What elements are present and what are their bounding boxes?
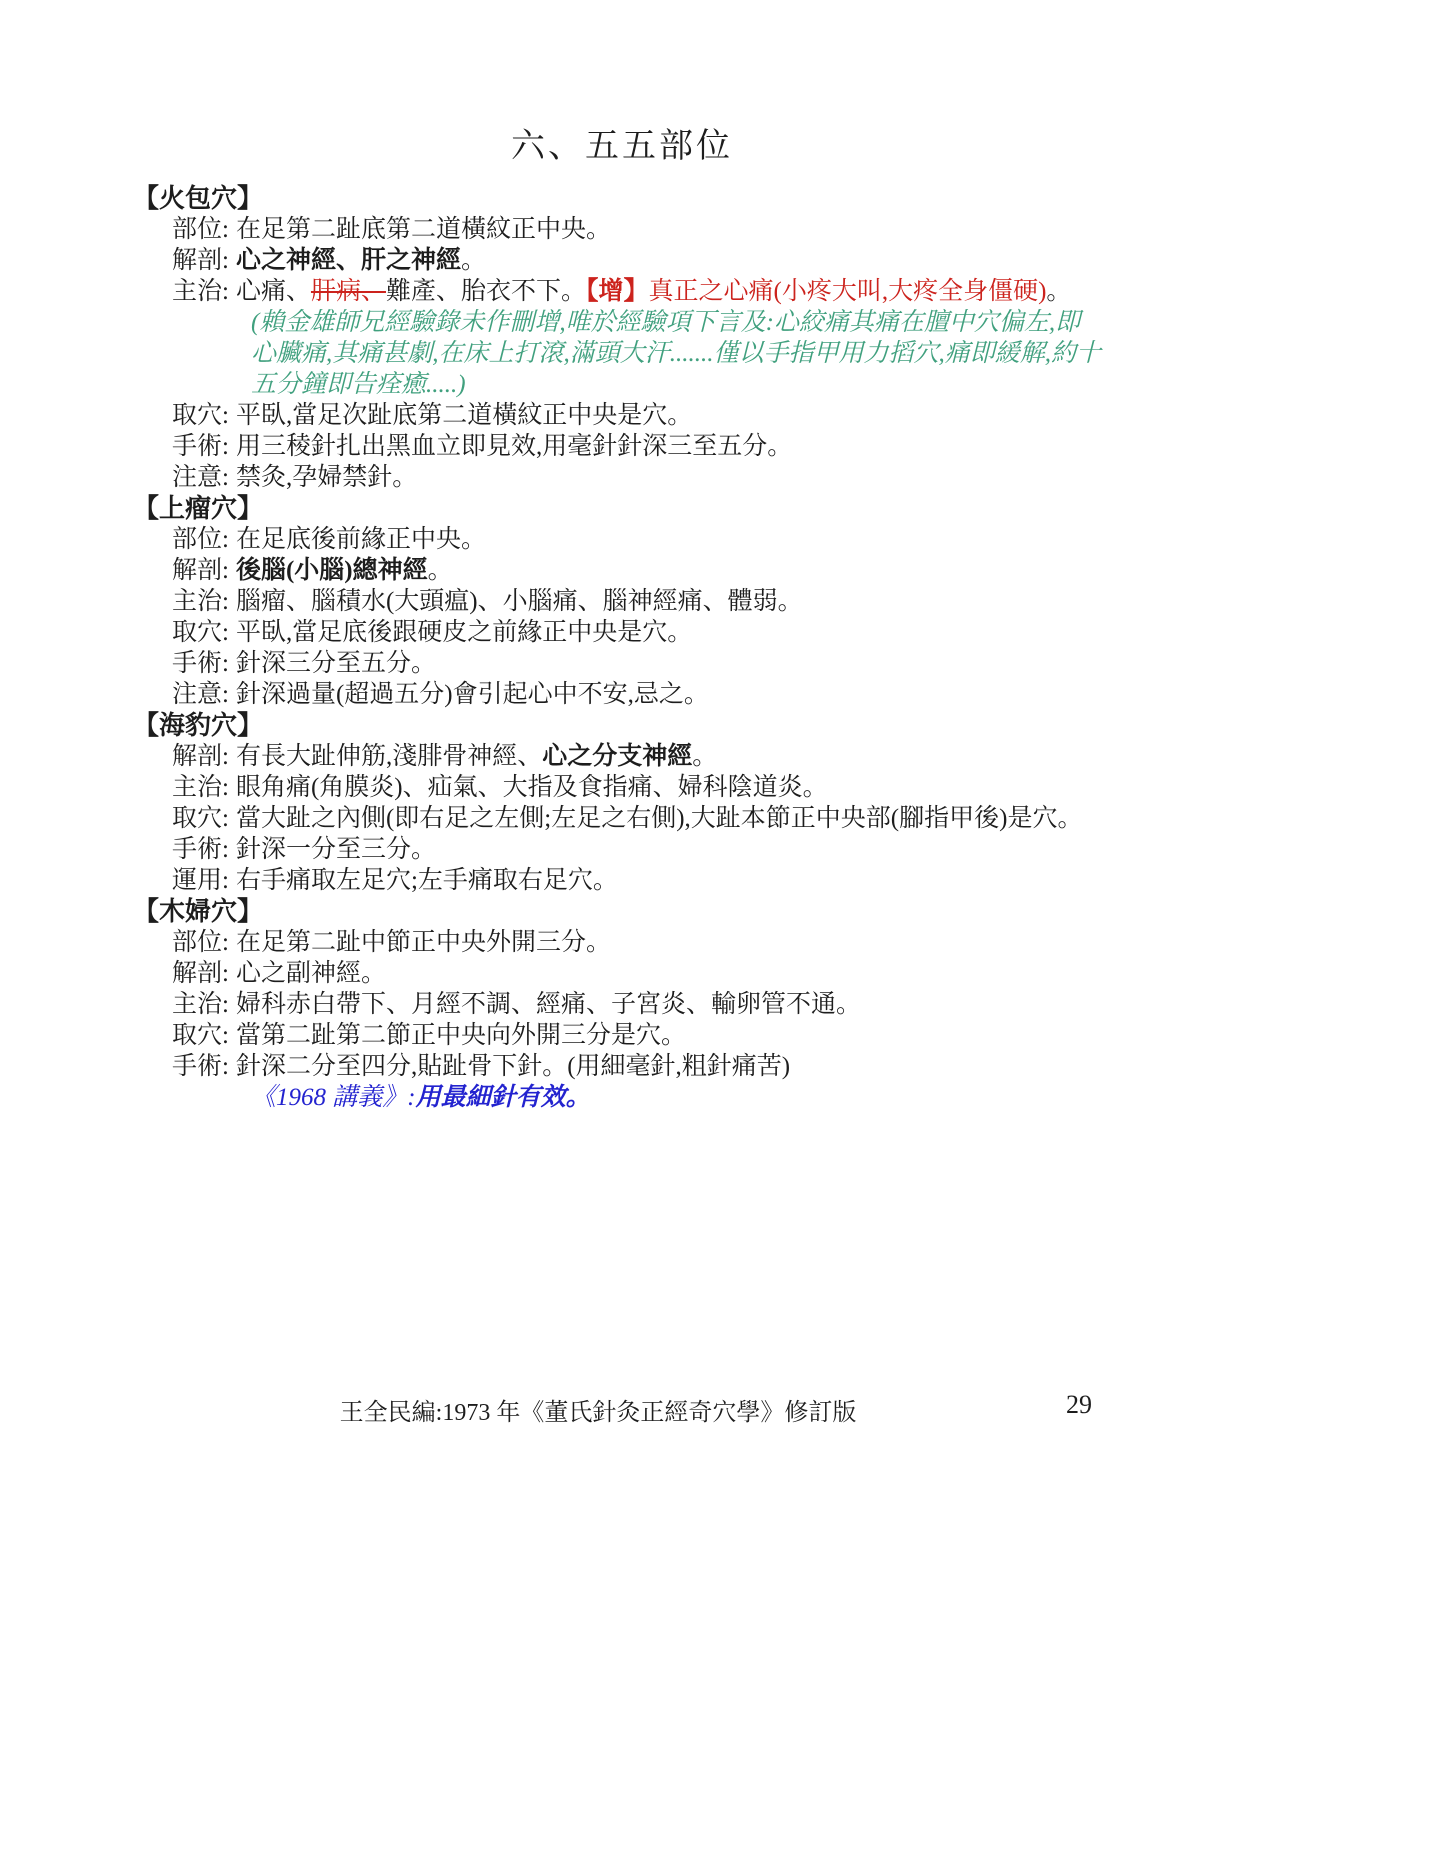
point-name: 【上瘤穴】: [133, 493, 1111, 524]
text-segment: 在足第二趾底第二道橫紋正中央。: [236, 216, 611, 243]
text-segment: 眼角痛(角膜炎)、疝氣、大指及食指痛、婦科陰道炎。: [236, 774, 828, 801]
field-label: 取穴:: [172, 1020, 229, 1051]
field-label: 解剖:: [172, 958, 229, 989]
field-row: 手術:針深三分至五分。: [133, 648, 1111, 679]
field-content: 平臥,當足底後跟硬皮之前緣正中央是穴。: [236, 617, 692, 648]
field-label: 部位:: [172, 214, 229, 245]
text-segment: 針深三分至五分。: [236, 650, 436, 677]
text-segment: 肝病、: [311, 278, 386, 305]
field-label: 手術:: [172, 834, 229, 865]
field-row: 取穴:平臥,當足底後跟硬皮之前緣正中央是穴。: [133, 617, 1111, 648]
field-row: 取穴:平臥,當足次趾底第二道橫紋正中央是穴。: [133, 400, 1111, 431]
text-segment: 平臥,當足次趾底第二道橫紋正中央是穴。: [236, 402, 692, 429]
text-segment: 針深過量(超過五分)會引起心中不安,忌之。: [236, 681, 709, 708]
field-content: 在足第二趾中節正中央外開三分。: [236, 927, 611, 958]
field-content: 當第二趾第二節正中央向外開三分是穴。: [236, 1020, 686, 1051]
field-row: 解剖:心之副神經。: [133, 958, 1111, 989]
text-segment: (賴金雄師兄經驗錄未作刪增,唯於經驗項下言及:心絞痛其痛在膻中穴偏左,即心臟痛,…: [251, 309, 1101, 398]
text-segment: 心之副神經。: [236, 960, 386, 987]
field-row: 解剖:有長大趾伸筋,淺腓骨神經、心之分支神經。: [133, 741, 1111, 772]
field-content: 禁灸,孕婦禁針。: [236, 462, 417, 493]
text-segment: 腦瘤、腦積水(大頭瘟)、小腦痛、腦神經痛、體弱。: [236, 588, 803, 615]
experience-note: (賴金雄師兄經驗錄未作刪增,唯於經驗項下言及:心絞痛其痛在膻中穴偏左,即心臟痛,…: [251, 307, 1101, 400]
text-segment: 用最細針有效。: [416, 1084, 591, 1111]
field-row: 部位:在足第二趾中節正中央外開三分。: [133, 927, 1111, 958]
field-label: 解剖:: [172, 245, 229, 276]
field-label: 運用:: [172, 865, 229, 896]
point-name: 【海豹穴】: [133, 710, 1111, 741]
field-row: 手術:用三稜針扎出黑血立即見效,用毫針針深三至五分。: [133, 431, 1111, 462]
document-page: 六、五五部位 【火包穴】部位:在足第二趾底第二道橫紋正中央。解剖:心之神經、肝之…: [133, 118, 1111, 1113]
lecture-note: 《1968 講義》:用最細針有效。: [251, 1082, 1101, 1113]
page-number: 29: [1066, 1390, 1092, 1420]
field-label: 部位:: [172, 524, 229, 555]
field-content: 用三稜針扎出黑血立即見效,用毫針針深三至五分。: [236, 431, 792, 462]
sections-container: 【火包穴】部位:在足第二趾底第二道橫紋正中央。解剖:心之神經、肝之神經。主治:心…: [133, 183, 1111, 1113]
text-segment: 用三稜針扎出黑血立即見效,用毫針針深三至五分。: [236, 433, 792, 460]
field-label: 注意:: [172, 462, 229, 493]
field-content: 眼角痛(角膜炎)、疝氣、大指及食指痛、婦科陰道炎。: [236, 772, 828, 803]
field-row: 取穴:當第二趾第二節正中央向外開三分是穴。: [133, 1020, 1111, 1051]
field-row: 注意:針深過量(超過五分)會引起心中不安,忌之。: [133, 679, 1111, 710]
field-row: 部位:在足第二趾底第二道橫紋正中央。: [133, 214, 1111, 245]
field-content: 在足底後前緣正中央。: [236, 524, 486, 555]
text-segment: 真正之心痛(小疼大叫,大疼全身僵硬): [649, 278, 1047, 305]
text-segment: 禁灸,孕婦禁針。: [236, 464, 417, 491]
field-label: 主治:: [172, 989, 229, 1020]
field-label: 解剖:: [172, 555, 229, 586]
field-row: 手術:針深一分至三分。: [133, 834, 1111, 865]
field-row: 主治:心痛、肝病、難產、胎衣不下。【增】真正之心痛(小疼大叫,大疼全身僵硬)。: [133, 276, 1111, 307]
field-content: 婦科赤白帶下、月經不調、經痛、子宮炎、輸卵管不通。: [236, 989, 861, 1020]
field-label: 手術:: [172, 1051, 229, 1082]
field-label: 注意:: [172, 679, 229, 710]
field-label: 取穴:: [172, 400, 229, 431]
field-content: 後腦(小腦)總神經。: [236, 555, 453, 586]
point-section: 【木婦穴】部位:在足第二趾中節正中央外開三分。解剖:心之副神經。主治:婦科赤白帶…: [133, 896, 1111, 1113]
field-label: 手術:: [172, 648, 229, 679]
text-segment: 。: [692, 743, 717, 770]
field-row: 取穴:當大趾之內側(即右足之左側;左足之右側),大趾本節正中央部(腳指甲後)是穴…: [133, 803, 1111, 834]
field-row: 運用:右手痛取左足穴;左手痛取右足穴。: [133, 865, 1111, 896]
field-row: 主治:腦瘤、腦積水(大頭瘟)、小腦痛、腦神經痛、體弱。: [133, 586, 1111, 617]
text-segment: 在足第二趾中節正中央外開三分。: [236, 929, 611, 956]
field-row: 解剖:心之神經、肝之神經。: [133, 245, 1111, 276]
text-segment: 難產、胎衣不下。: [386, 278, 586, 305]
field-content: 心之副神經。: [236, 958, 386, 989]
text-segment: 。: [428, 557, 453, 584]
field-label: 取穴:: [172, 617, 229, 648]
point-name: 【火包穴】: [133, 183, 1111, 214]
field-label: 取穴:: [172, 803, 229, 834]
field-label: 部位:: [172, 927, 229, 958]
field-content: 針深二分至四分,貼趾骨下針。(用細毫針,粗針痛苦): [236, 1051, 790, 1082]
text-segment: 。: [461, 247, 486, 274]
field-content: 有長大趾伸筋,淺腓骨神經、心之分支神經。: [236, 741, 717, 772]
point-name: 【木婦穴】: [133, 896, 1111, 927]
text-segment: 針深二分至四分,貼趾骨下針。(用細毫針,粗針痛苦): [236, 1053, 790, 1080]
text-segment: 右手痛取左足穴;左手痛取右足穴。: [236, 867, 618, 894]
text-segment: 在足底後前緣正中央。: [236, 526, 486, 553]
text-segment: 【增】: [586, 278, 649, 305]
text-segment: 心之分支神經: [542, 743, 692, 770]
field-content: 平臥,當足次趾底第二道橫紋正中央是穴。: [236, 400, 692, 431]
text-segment: 平臥,當足底後跟硬皮之前緣正中央是穴。: [236, 619, 692, 646]
field-content: 針深過量(超過五分)會引起心中不安,忌之。: [236, 679, 709, 710]
field-content: 心痛、肝病、難產、胎衣不下。【增】真正之心痛(小疼大叫,大疼全身僵硬)。: [236, 276, 1071, 307]
field-content: 針深三分至五分。: [236, 648, 436, 679]
point-section: 【上瘤穴】部位:在足底後前緣正中央。解剖:後腦(小腦)總神經。主治:腦瘤、腦積水…: [133, 493, 1111, 710]
field-row: 解剖:後腦(小腦)總神經。: [133, 555, 1111, 586]
text-segment: 針深一分至三分。: [236, 836, 436, 863]
text-segment: 當第二趾第二節正中央向外開三分是穴。: [236, 1022, 686, 1049]
text-segment: 婦科赤白帶下、月經不調、經痛、子宮炎、輸卵管不通。: [236, 991, 861, 1018]
field-content: 右手痛取左足穴;左手痛取右足穴。: [236, 865, 618, 896]
field-label: 主治:: [172, 276, 229, 307]
footer-line: 王全民編:1973 年《董氏針灸正經奇穴學》修訂版: [133, 1392, 1063, 1427]
field-content: 當大趾之內側(即右足之左側;左足之右側),大趾本節正中央部(腳指甲後)是穴。: [236, 803, 1083, 834]
text-segment: 《1968 講義》:: [251, 1084, 416, 1111]
field-row: 主治:眼角痛(角膜炎)、疝氣、大指及食指痛、婦科陰道炎。: [133, 772, 1111, 803]
text-segment: 當大趾之內側(即右足之左側;左足之右側),大趾本節正中央部(腳指甲後)是穴。: [236, 805, 1083, 832]
text-segment: 後腦(小腦)總神經: [236, 557, 428, 584]
page-title: 六、五五部位: [133, 118, 1111, 167]
text-segment: 心之神經、肝之神經: [236, 247, 461, 274]
point-section: 【火包穴】部位:在足第二趾底第二道橫紋正中央。解剖:心之神經、肝之神經。主治:心…: [133, 183, 1111, 493]
text-segment: 。: [1046, 278, 1071, 305]
point-section: 【海豹穴】解剖:有長大趾伸筋,淺腓骨神經、心之分支神經。主治:眼角痛(角膜炎)、…: [133, 710, 1111, 896]
field-row: 注意:禁灸,孕婦禁針。: [133, 462, 1111, 493]
text-segment: 有長大趾伸筋,淺腓骨神經、: [236, 743, 542, 770]
field-row: 部位:在足底後前緣正中央。: [133, 524, 1111, 555]
field-label: 主治:: [172, 586, 229, 617]
field-row: 主治:婦科赤白帶下、月經不調、經痛、子宮炎、輸卵管不通。: [133, 989, 1111, 1020]
field-content: 針深一分至三分。: [236, 834, 436, 865]
field-content: 在足第二趾底第二道橫紋正中央。: [236, 214, 611, 245]
field-content: 腦瘤、腦積水(大頭瘟)、小腦痛、腦神經痛、體弱。: [236, 586, 803, 617]
text-segment: 心痛、: [236, 278, 311, 305]
field-row: 手術:針深二分至四分,貼趾骨下針。(用細毫針,粗針痛苦): [133, 1051, 1111, 1082]
field-content: 心之神經、肝之神經。: [236, 245, 486, 276]
field-label: 主治:: [172, 772, 229, 803]
field-label: 手術:: [172, 431, 229, 462]
field-label: 解剖:: [172, 741, 229, 772]
